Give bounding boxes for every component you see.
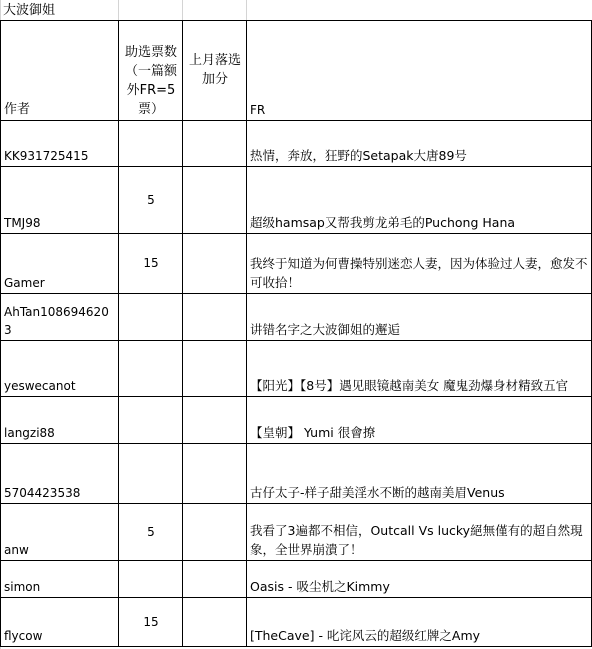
- votes-cell[interactable]: [119, 397, 183, 444]
- fr-cell[interactable]: 我看了3遍都不相信，Outcall Vs lucky絕無僅有的超自然現象，全世界…: [247, 504, 592, 561]
- bonus-cell[interactable]: [183, 598, 247, 647]
- author-cell[interactable]: langzi88: [1, 397, 119, 444]
- votes-cell[interactable]: [119, 444, 183, 504]
- table-row: Gamer 15 我终于知道为何曹操特别迷恋人妻，因为体验过人妻，愈发不可收拾！: [1, 234, 592, 294]
- header-row: 作者 助选票数（一篇额外FR=5票） 上月落选加分 FR: [1, 21, 592, 121]
- gridline: [118, 0, 119, 20]
- fr-cell[interactable]: 超级hamsap又帮我剪龙弟毛的Puchong Hana: [247, 167, 592, 234]
- table-row: flycow 15 [TheCave] - 叱诧风云的超级红牌之Amy: [1, 598, 592, 647]
- table-row: 5704423538 古仔太子-样子甜美淫水不断的越南美眉Venus: [1, 444, 592, 504]
- bonus-cell[interactable]: [183, 504, 247, 561]
- fr-cell[interactable]: Oasis - 吸尘机之Kimmy: [247, 561, 592, 598]
- author-cell[interactable]: KK931725415: [1, 121, 119, 167]
- votes-cell[interactable]: [119, 561, 183, 598]
- table-row: langzi88 【皇朝】 Yumi 很會撩: [1, 397, 592, 444]
- table-row: TMJ98 5 超级hamsap又帮我剪龙弟毛的Puchong Hana: [1, 167, 592, 234]
- fr-cell[interactable]: 【阳光】【8号】遇见眼镜越南美女 魔鬼劲爆身材精致五官: [247, 341, 592, 397]
- header-fr[interactable]: FR: [247, 21, 592, 121]
- table-row: yeswecanot 【阳光】【8号】遇见眼镜越南美女 魔鬼劲爆身材精致五官: [1, 341, 592, 397]
- sheet-title[interactable]: 大波御姐: [3, 2, 55, 20]
- bonus-cell[interactable]: [183, 294, 247, 341]
- header-author[interactable]: 作者: [1, 21, 119, 121]
- table-row: simon Oasis - 吸尘机之Kimmy: [1, 561, 592, 598]
- votes-cell[interactable]: 5: [119, 504, 183, 561]
- author-cell[interactable]: flycow: [1, 598, 119, 647]
- bonus-cell[interactable]: [183, 444, 247, 504]
- bonus-cell[interactable]: [183, 167, 247, 234]
- table-row: anw 5 我看了3遍都不相信，Outcall Vs lucky絕無僅有的超自然…: [1, 504, 592, 561]
- votes-cell[interactable]: [119, 294, 183, 341]
- header-votes[interactable]: 助选票数（一篇额外FR=5票）: [119, 21, 183, 121]
- votes-cell[interactable]: 15: [119, 598, 183, 647]
- author-cell[interactable]: simon: [1, 561, 119, 598]
- bonus-cell[interactable]: [183, 234, 247, 294]
- bonus-cell[interactable]: [183, 121, 247, 167]
- votes-cell[interactable]: [119, 121, 183, 167]
- author-cell[interactable]: yeswecanot: [1, 341, 119, 397]
- bonus-cell[interactable]: [183, 341, 247, 397]
- bonus-cell[interactable]: [183, 561, 247, 598]
- author-cell[interactable]: TMJ98: [1, 167, 119, 234]
- votes-cell[interactable]: 5: [119, 167, 183, 234]
- gridline: [246, 0, 247, 20]
- votes-cell[interactable]: [119, 341, 183, 397]
- spreadsheet: 大波御姐 作者 助选票数（一篇额外FR=5票） 上月落选加分 FR KK9317…: [0, 0, 592, 649]
- author-cell[interactable]: AhTan1086946203: [1, 294, 119, 341]
- vote-table: 作者 助选票数（一篇额外FR=5票） 上月落选加分 FR KK931725415…: [0, 20, 592, 647]
- fr-cell[interactable]: 古仔太子-样子甜美淫水不断的越南美眉Venus: [247, 444, 592, 504]
- table-row: AhTan1086946203 讲错名字之大波御姐的邂逅: [1, 294, 592, 341]
- fr-cell[interactable]: 热情，奔放，狂野的Setapak大唐89号: [247, 121, 592, 167]
- fr-cell[interactable]: [TheCave] - 叱诧风云的超级红牌之Amy: [247, 598, 592, 647]
- table-row: KK931725415 热情，奔放，狂野的Setapak大唐89号: [1, 121, 592, 167]
- fr-cell[interactable]: 【皇朝】 Yumi 很會撩: [247, 397, 592, 444]
- author-cell[interactable]: Gamer: [1, 234, 119, 294]
- votes-cell[interactable]: 15: [119, 234, 183, 294]
- gridline: [182, 0, 183, 20]
- fr-cell[interactable]: 我终于知道为何曹操特别迷恋人妻，因为体验过人妻，愈发不可收拾！: [247, 234, 592, 294]
- author-cell[interactable]: anw: [1, 504, 119, 561]
- header-bonus[interactable]: 上月落选加分: [183, 21, 247, 121]
- fr-cell[interactable]: 讲错名字之大波御姐的邂逅: [247, 294, 592, 341]
- bonus-cell[interactable]: [183, 397, 247, 444]
- author-cell[interactable]: 5704423538: [1, 444, 119, 504]
